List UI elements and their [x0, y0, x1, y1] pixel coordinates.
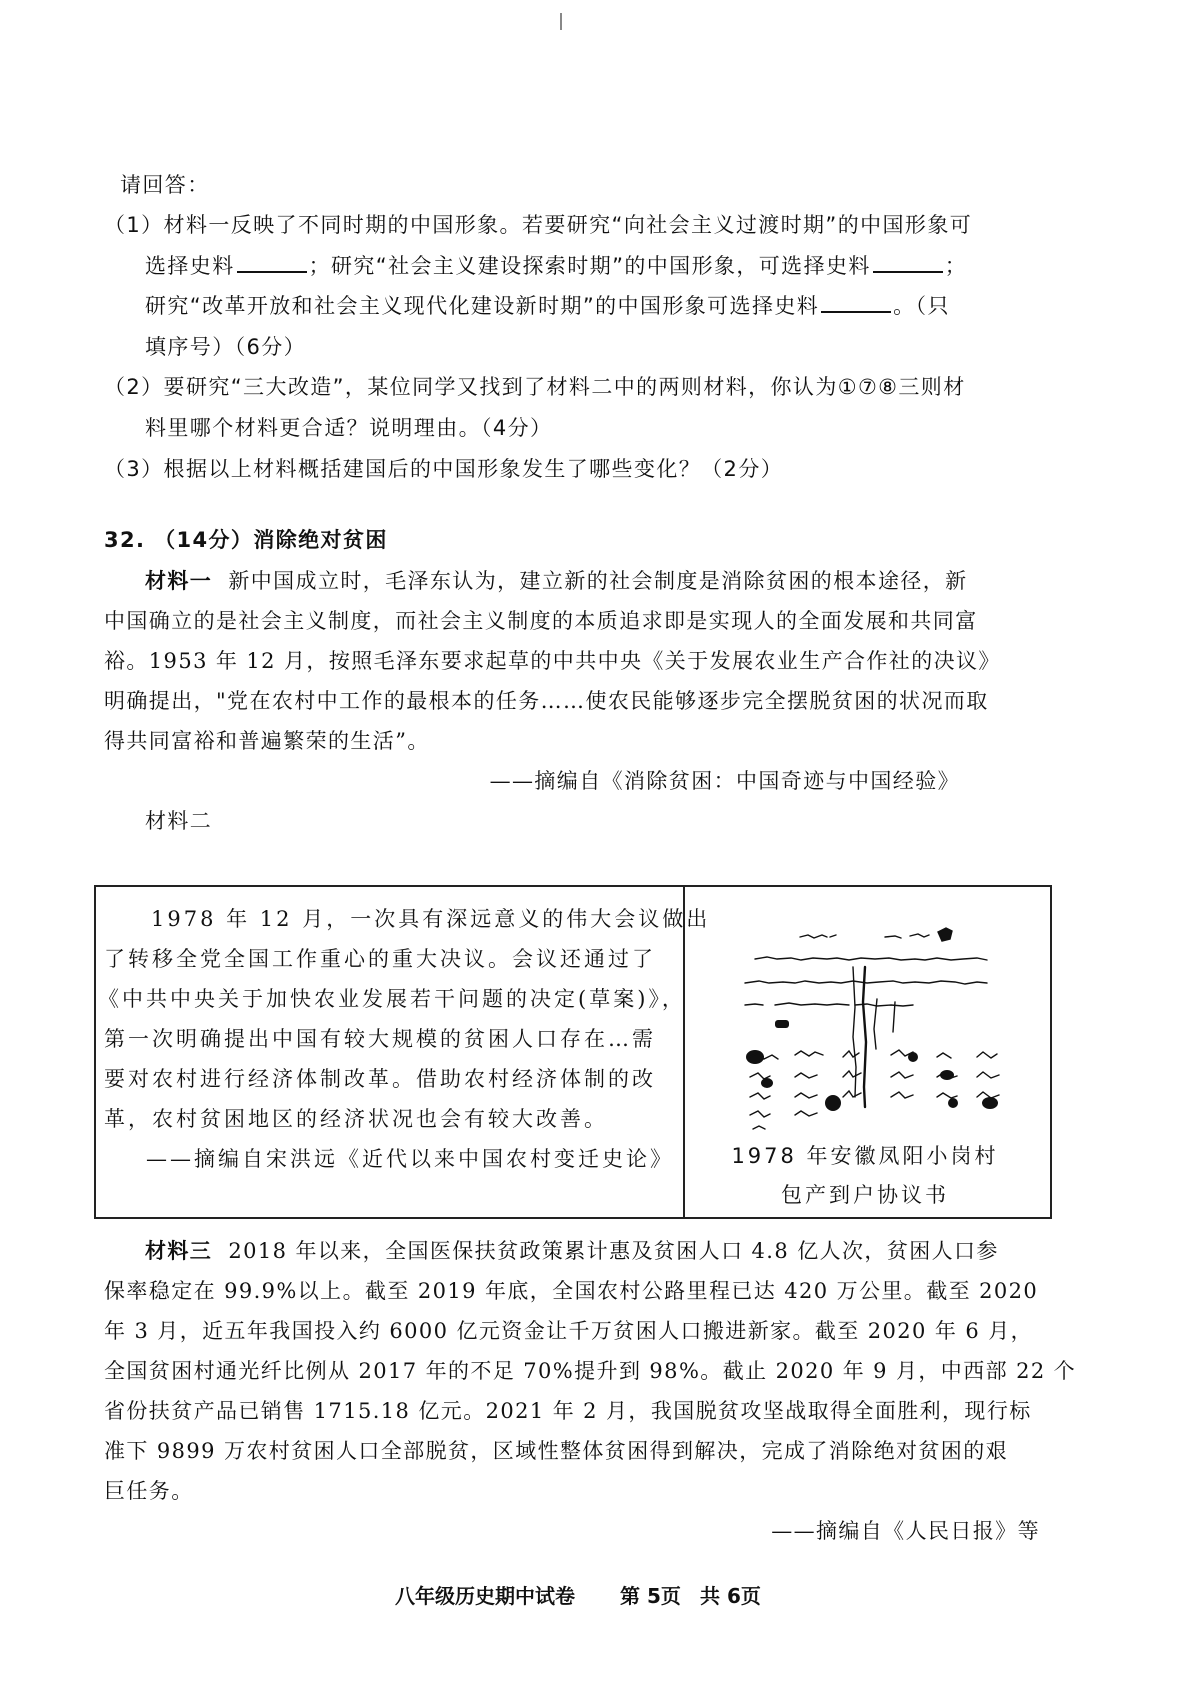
material3-line4: 全国贫困村通光纤比例从 2017 年的不足 70%提升到 98%。截止 2020… [104, 1356, 1076, 1386]
footer-page-total: 共 6页 [700, 1580, 761, 1609]
material1-line1: 材料一 新中国成立时，毛泽东认为，建立新的社会制度是消除贫困的根本途径，新 [145, 566, 968, 596]
material2-text-4: 第一次明确提出中国有较大规模的贫困人口存在…需 [104, 1019, 656, 1059]
q32-heading: 32. （14分）消除绝对贫困 [104, 525, 388, 555]
answer-blank-1[interactable] [237, 251, 307, 273]
q31-sub3-line1: （3）根据以上材料概括建国后的中国形象发生了哪些变化？（2分） [104, 454, 783, 484]
material3-line7: 巨任务。 [104, 1476, 194, 1506]
material1-line3: 裕。1953 年 12 月，按照毛泽东要求起草的中共中央《关于发展农业生产合作社… [104, 646, 1001, 676]
material3-line6: 准下 9899 万农村贫困人口全部脱贫，区域性整体贫困得到解决，完成了消除绝对贫… [104, 1436, 1008, 1466]
q31-sub1-line1: （1）材料一反映了不同时期的中国形象。若要研究“向社会主义过渡时期”的中国形象可 [104, 210, 972, 240]
material3-line5: 省份扶贫产品已销售 1715.18 亿元。2021 年 2 月，我国脱贫攻坚战取… [104, 1396, 1032, 1426]
q31-sub1-line2b: ；研究“社会主义建设探索时期”的中国形象，可选择史料 [309, 254, 871, 278]
q31-sub2-line1: （2）要研究“三大改造”，某位同学又找到了材料二中的两则材料，你认为①⑦⑧三则材 [104, 372, 966, 402]
material2-text-6: 革，农村贫困地区的经济状况也会有较大改善。 [104, 1099, 608, 1139]
answer-blank-2[interactable] [873, 251, 943, 273]
material3-line3: 年 3 月，近五年我国投入约 6000 亿元资金让千万贫困人口搬进新家。截至 2… [104, 1316, 1033, 1346]
material2-label: 材料二 [145, 806, 212, 836]
footer-exam-title: 八年级历史期中试卷 [395, 1580, 575, 1609]
questions-intro: 请回答： [120, 170, 210, 200]
material3-label: 材料三 [145, 1239, 212, 1263]
q31-sub1-line2c: ； [945, 254, 967, 278]
material2-text-3: 《中共中央关于加快农业发展若干问题的决定(草案)》， [98, 979, 686, 1019]
material1-source: ——摘编自《消除贫困：中国奇迹与中国经验》 [490, 766, 960, 796]
contract-panel: 1978 年安徽凤阳小岗村 包产到户协议书 [685, 887, 1050, 1217]
scan-mark [560, 13, 562, 30]
q31-sub1-line3: 研究“改革开放和社会主义现代化建设新时期”的中国形象可选择史料。（只 [145, 291, 950, 321]
material2-source: ——摘编自宋洪远《近代以来中国农村变迁史论》 [146, 1139, 674, 1179]
material2-text-1: 1978 年 12 月，一次具有深远意义的伟大会议做出 [151, 899, 710, 939]
q31-sub1-line2: 选择史料；研究“社会主义建设探索时期”的中国形象，可选择史料； [145, 251, 967, 281]
answer-blank-3[interactable] [821, 291, 891, 313]
contract-caption-line1: 1978 年安徽凤阳小岗村 [685, 1140, 1045, 1170]
q31-sub1-line3a: 研究“改革开放和社会主义现代化建设新时期”的中国形象可选择史料 [145, 294, 819, 318]
material1-line5: 得共同富裕和普遍繁荣的生活”。 [104, 726, 430, 756]
material3-line1: 材料三 2018 年以来，全国医保扶贫政策累计惠及贫困人口 4.8 亿人次，贫困… [145, 1236, 999, 1266]
material2-text-2: 了转移全党全国工作重心的重大决议。会议还通过了 [104, 939, 656, 979]
material1-line2: 中国确立的是社会主义制度，而社会主义制度的本质追求即是实现人的全面发展和共同富 [104, 606, 978, 636]
contract-caption-line2: 包产到户协议书 [685, 1179, 1045, 1209]
material2-text-5: 要对农村进行经济体制改革。借助农村经济体制的改 [104, 1059, 656, 1099]
footer-page-current: 第 5页 [620, 1580, 681, 1609]
material3-source: ——摘编自《人民日报》等 [771, 1516, 1040, 1546]
material1-label: 材料一 [145, 569, 212, 593]
q31-sub1-line3b: 。（只 [893, 294, 950, 318]
xiaogang-contract-image [715, 907, 1015, 1137]
material1-line4: 明确提出，"党在农村中工作的最根本的任务……使农民能够逐步完全摆脱贫困的状况而取 [104, 686, 989, 716]
q31-sub1-line4: 填序号）（6分） [145, 332, 306, 362]
material3-line2: 保率稳定在 99.9%以上。截至 2019 年底，全国农村公路里程已达 420 … [104, 1276, 1038, 1306]
material1-text-1: 新中国成立时，毛泽东认为，建立新的社会制度是消除贫困的根本途径，新 [228, 569, 967, 593]
q31-sub2-line2: 料里哪个材料更合适？说明理由。（4分） [145, 413, 552, 443]
material2-box: 1978 年 12 月，一次具有深远意义的伟大会议做出 了转移全党全国工作重心的… [94, 885, 1052, 1219]
q31-sub1-line2a: 选择史料 [145, 254, 235, 278]
material3-text-1: 2018 年以来，全国医保扶贫政策累计惠及贫困人口 4.8 亿人次，贫困人口参 [228, 1239, 998, 1263]
